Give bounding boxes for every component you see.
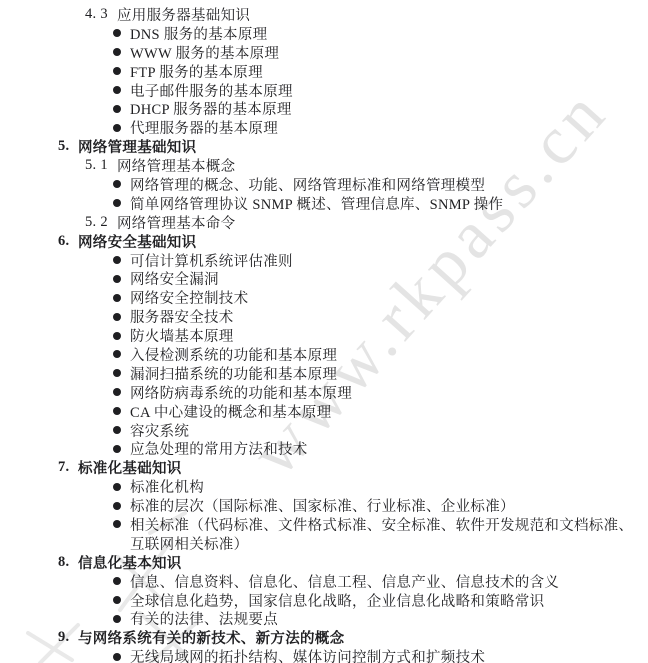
outline-section-heading: 5.网络管理基础知识 — [58, 137, 648, 156]
outline-item-label: 入侵检测系统的功能和基本原理 — [130, 344, 337, 365]
outline-bullet-item: 服务器安全技术 — [113, 307, 648, 326]
outline-item-label: 网络管理的概念、功能、网络管理标准和网络管理模型 — [130, 174, 485, 195]
outline-bullet-item: WWW 服务的基本原理 — [113, 43, 648, 62]
outline-bullet-item: DHCP 服务器的基本原理 — [113, 99, 648, 118]
bullet-icon — [113, 426, 121, 434]
outline-number: 9. — [58, 629, 78, 646]
outline-heading-label: 信息化基本知识 — [78, 552, 182, 573]
outline-bullet-item: FTP 服务的基本原理 — [113, 62, 648, 81]
outline-number: 4. 3 — [85, 6, 117, 23]
bullet-icon — [113, 275, 121, 283]
bullet-icon — [113, 199, 121, 207]
outline-subheading: 5. 2网络管理基本命令 — [85, 213, 648, 232]
outline-bullet-item: 防火墙基本原理 — [113, 326, 648, 345]
bullet-icon — [113, 615, 121, 623]
outline-continuation-line: 互联网相关标准） — [130, 534, 648, 553]
outline-number: 8. — [58, 554, 78, 571]
outline-bullet-item: 应急处理的常用方法和技术 — [113, 439, 648, 458]
outline-bullet-item: 入侵检测系统的功能和基本原理 — [113, 345, 648, 364]
outline-bullet-item: 全球信息化趋势，国家信息化战略，企业信息化战略和策略常识 — [113, 591, 648, 610]
outline-bullet-item: 无线局域网的拓扑结构、媒体访问控制方式和扩频技术 — [113, 647, 648, 663]
outline-item-label: 网络安全控制技术 — [130, 287, 248, 308]
outline-item-label: 标准化机构 — [130, 476, 204, 497]
outline-heading-label: 应用服务器基础知识 — [117, 4, 250, 25]
outline-heading-label: 网络管理基础知识 — [78, 136, 196, 157]
bullet-icon — [113, 653, 121, 661]
outline-bullet-item: 漏洞扫描系统的功能和基本原理 — [113, 364, 648, 383]
outline-item-label: 服务器安全技术 — [130, 306, 234, 327]
outline-item-label: 无线局域网的拓扑结构、媒体访问控制方式和扩频技术 — [130, 646, 485, 663]
outline-bullet-item: 有关的法律、法规要点 — [113, 610, 648, 629]
bullet-icon — [113, 502, 121, 510]
outline-item-label: 应急处理的常用方法和技术 — [130, 438, 308, 459]
outline-bullet-item: 网络防病毒系统的功能和基本原理 — [113, 383, 648, 402]
outline-item-label: FTP 服务的基本原理 — [130, 61, 263, 82]
outline-bullet-item: 电子邮件服务的基本原理 — [113, 81, 648, 100]
outline-bullet-item: 信息、信息资料、信息化、信息工程、信息产业、信息技术的含义 — [113, 572, 648, 591]
outline-heading-label: 标准化基础知识 — [78, 457, 182, 478]
bullet-icon — [113, 256, 121, 264]
outline-item-label: WWW 服务的基本原理 — [130, 42, 279, 63]
outline-item-label: 标准的层次（国际标准、国家标准、行业标准、企业标准） — [130, 495, 515, 516]
bullet-icon — [113, 445, 121, 453]
bullet-icon — [113, 294, 121, 302]
outline-number: 5. 2 — [85, 214, 117, 231]
outline-bullet-item: CA 中心建设的概念和基本原理 — [113, 402, 648, 421]
outline-bullet-item: 可信计算机系统评估准则 — [113, 251, 648, 270]
outline-section-heading: 8.信息化基本知识 — [58, 553, 648, 572]
bullet-icon — [113, 332, 121, 340]
outline-item-label: 电子邮件服务的基本原理 — [130, 80, 293, 101]
outline-subheading: 5. 1网络管理基本概念 — [85, 156, 648, 175]
outline-section-heading: 6.网络安全基础知识 — [58, 232, 648, 251]
outline-bullet-item: 网络安全控制技术 — [113, 288, 648, 307]
outline-item-label: DNS 服务的基本原理 — [130, 23, 267, 44]
outline-item-label: 相关标准（代码标准、文件格式标准、安全标准、软件开发规范和文档标准、 — [130, 514, 633, 535]
outline-heading-label: 网络管理基本命令 — [117, 212, 235, 233]
bullet-icon — [113, 105, 121, 113]
bullet-icon — [113, 350, 121, 358]
outline-item-label: 互联网相关标准） — [130, 533, 248, 554]
bullet-icon — [113, 67, 121, 75]
syllabus-outline: 4. 3应用服务器基础知识DNS 服务的基本原理WWW 服务的基本原理FTP 服… — [0, 0, 648, 663]
outline-item-label: 代理服务器的基本原理 — [130, 117, 278, 138]
outline-bullet-item: 简单网络管理协议 SNMP 概述、管理信息库、SNMP 操作 — [113, 194, 648, 213]
bullet-icon — [113, 520, 121, 528]
bullet-icon — [113, 388, 121, 396]
outline-bullet-item: 容灾系统 — [113, 421, 648, 440]
bullet-icon — [113, 596, 121, 604]
outline-number: 6. — [58, 233, 78, 250]
outline-number: 7. — [58, 459, 78, 476]
outline-item-label: 漏洞扫描系统的功能和基本原理 — [130, 363, 337, 384]
outline-bullet-item: 网络安全漏洞 — [113, 269, 648, 288]
outline-heading-label: 与网络系统有关的新技术、新方法的概念 — [78, 627, 344, 648]
outline-item-label: 简单网络管理协议 SNMP 概述、管理信息库、SNMP 操作 — [130, 193, 503, 214]
outline-bullet-item: 代理服务器的基本原理 — [113, 118, 648, 137]
outline-section-heading: 9.与网络系统有关的新技术、新方法的概念 — [58, 628, 648, 647]
outline-number: 5. 1 — [85, 157, 117, 174]
bullet-icon — [113, 407, 121, 415]
outline-item-label: 信息、信息资料、信息化、信息工程、信息产业、信息技术的含义 — [130, 571, 559, 592]
outline-item-label: CA 中心建设的概念和基本原理 — [130, 401, 331, 422]
outline-item-label: 可信计算机系统评估准则 — [130, 250, 293, 271]
outline-item-label: 网络防病毒系统的功能和基本原理 — [130, 382, 352, 403]
document-page: www.rkpass.cn 4. 3应用服务器基础知识DNS 服务的基本原理WW… — [0, 0, 648, 663]
outline-item-label: 有关的法律、法规要点 — [130, 608, 278, 629]
outline-bullet-item: 标准的层次（国际标准、国家标准、行业标准、企业标准） — [113, 496, 648, 515]
bullet-icon — [113, 313, 121, 321]
outline-item-label: 网络安全漏洞 — [130, 268, 219, 289]
bullet-icon — [113, 124, 121, 132]
outline-section-heading: 7.标准化基础知识 — [58, 458, 648, 477]
bullet-icon — [113, 180, 121, 188]
bullet-icon — [113, 369, 121, 377]
outline-bullet-item: 标准化机构 — [113, 477, 648, 496]
outline-item-label: 容灾系统 — [130, 420, 189, 441]
outline-heading-label: 网络安全基础知识 — [78, 231, 196, 252]
outline-heading-label: 网络管理基本概念 — [117, 155, 235, 176]
outline-item-label: 防火墙基本原理 — [130, 325, 234, 346]
outline-bullet-item: 网络管理的概念、功能、网络管理标准和网络管理模型 — [113, 175, 648, 194]
outline-item-label: DHCP 服务器的基本原理 — [130, 98, 292, 119]
outline-bullet-item: DNS 服务的基本原理 — [113, 24, 648, 43]
outline-number: 5. — [58, 138, 78, 155]
bullet-icon — [113, 483, 121, 491]
bullet-icon — [113, 577, 121, 585]
outline-bullet-item: 相关标准（代码标准、文件格式标准、安全标准、软件开发规范和文档标准、 — [113, 515, 648, 534]
bullet-icon — [113, 48, 121, 56]
outline-subheading: 4. 3应用服务器基础知识 — [85, 5, 648, 24]
bullet-icon — [113, 86, 121, 94]
bullet-icon — [113, 29, 121, 37]
outline-item-label: 全球信息化趋势，国家信息化战略，企业信息化战略和策略常识 — [130, 590, 544, 611]
